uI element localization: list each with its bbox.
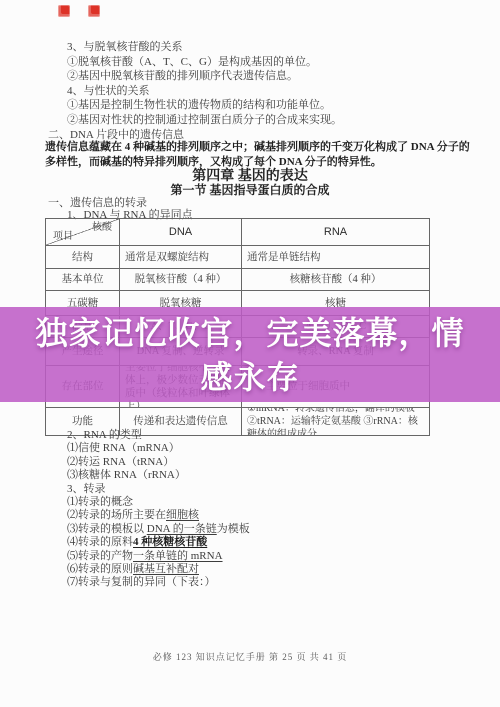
page-footer: 必修 123 知识点记忆手册 第 25 页 共 41 页 bbox=[0, 650, 500, 663]
column-header-rna: RNA bbox=[241, 219, 429, 245]
item-value: 碱基互补配对 bbox=[133, 563, 199, 576]
list-item: 3、转录 bbox=[67, 483, 250, 496]
rna-cell: 通常是单链结构 bbox=[241, 246, 429, 268]
watermark-banner: 独家记忆收官，完美落幕，情 感永存 bbox=[0, 307, 500, 402]
column-header-dna: DNA bbox=[119, 219, 241, 245]
row-label: 结构 bbox=[46, 246, 119, 268]
watermark-text-line2: 感永存 bbox=[200, 355, 299, 399]
rna-cell: 核糖核苷酸（4 种） bbox=[241, 269, 429, 290]
item-label: ⑷转录的原料 bbox=[67, 536, 133, 549]
list-text: 3、转录 bbox=[67, 483, 106, 496]
text-line: 3、与脱氧核苷酸的关系 bbox=[67, 40, 342, 55]
list-text: ⑵转运 RNA（tRNA） bbox=[67, 456, 174, 469]
list-text: ⑺转录与复制的异同（下表：） bbox=[67, 576, 216, 589]
text-line: 4、与性状的关系 bbox=[67, 84, 342, 99]
list-item: ⑵转录的场所 主要在细胞核 bbox=[67, 509, 250, 522]
item-value: 一条单链的 mRNA bbox=[133, 550, 223, 563]
dna-cell: 通常是双螺旋结构 bbox=[119, 246, 241, 268]
list-item: ⑹转录的原则 碱基互补配对 bbox=[67, 563, 250, 576]
text-line: ①基因是控制生物性状的遗传物质的结构和功能单位。 bbox=[67, 98, 342, 113]
list-item: ⑶转录的模板 以 DNA 的一条链为模板 bbox=[67, 523, 250, 536]
table-row: 基本单位 脱氧核苷酸（4 种） 核糖核苷酸（4 种） bbox=[46, 268, 429, 290]
watermark-text-line1: 独家记忆收官，完美落幕，情 bbox=[35, 311, 464, 355]
list-item: ⑶核糖体 RNA（rRNA） bbox=[67, 469, 250, 482]
text-line: 遗传信息蕴藏在 4 种碱基的排列顺序之中；碱基排列顺序的千变万化构成了 DNA … bbox=[45, 140, 470, 155]
rna-transcription-list: 2、RNA 的类型 ⑴信使 RNA（mRNA） ⑵转运 RNA（tRNA） ⑶核… bbox=[67, 429, 250, 590]
corner-label-item: 项目 bbox=[53, 230, 73, 243]
corner-label-nucleic-acid: 核酸 bbox=[92, 221, 112, 234]
list-text: ⑴信使 RNA（mRNA） bbox=[67, 442, 180, 455]
list-item: ⑴转录的概念 bbox=[67, 496, 250, 509]
text-line: ①脱氧核苷酸（A、T、C、G）是构成基因的单位。 bbox=[67, 55, 342, 70]
rna-cell: ①mRNA：转录遗传信息，翻译的模板 ②tRNA：运输特定氨基酸 ③rRNA：核… bbox=[241, 408, 429, 435]
red-stamp-icon bbox=[58, 5, 70, 17]
item-value: 4 种核糖核苷酸 bbox=[133, 536, 207, 549]
list-text: ⑶核糖体 RNA（rRNA） bbox=[67, 469, 186, 482]
item-label: ⑶转录的模板 bbox=[67, 523, 133, 536]
item-value: 以 DNA 的一条链为模板 bbox=[133, 523, 250, 536]
list-text: ⑴转录的概念 bbox=[67, 496, 133, 509]
table-corner-cell: 核酸 项目 bbox=[46, 219, 119, 245]
table-header-row: 核酸 项目 DNA RNA bbox=[46, 219, 429, 245]
document-page: 3、与脱氧核苷酸的关系 ①脱氧核苷酸（A、T、C、G）是构成基因的单位。 ②基因… bbox=[0, 0, 500, 707]
list-item: 2、RNA 的类型 bbox=[67, 429, 250, 442]
list-item: ⑷转录的原料 4 种核糖核苷酸 bbox=[67, 536, 250, 549]
item-value: 主要在细胞核 bbox=[133, 509, 199, 522]
list-item: ⑺转录与复制的异同（下表：） bbox=[67, 576, 250, 589]
item-label: ⑸转录的产物 bbox=[67, 550, 133, 563]
text-line: ②基因中脱氧核苷酸的排列顺序代表遗传信息。 bbox=[67, 69, 342, 84]
gene-relations-list: 3、与脱氧核苷酸的关系 ①脱氧核苷酸（A、T、C、G）是构成基因的单位。 ②基因… bbox=[67, 40, 342, 128]
row-label: 基本单位 bbox=[46, 269, 119, 290]
list-item: ⑸转录的产物 一条单链的 mRNA bbox=[67, 550, 250, 563]
list-text: 2、RNA 的类型 bbox=[67, 429, 142, 442]
list-item: ⑴信使 RNA（mRNA） bbox=[67, 442, 250, 455]
table-row: 结构 通常是双螺旋结构 通常是单链结构 bbox=[46, 245, 429, 268]
item-label: ⑹转录的原则 bbox=[67, 563, 133, 576]
dna-cell: 脱氧核苷酸（4 种） bbox=[119, 269, 241, 290]
item-label: ⑵转录的场所 bbox=[67, 509, 133, 522]
red-stamp-icon bbox=[88, 5, 100, 17]
list-item: ⑵转运 RNA（tRNA） bbox=[67, 456, 250, 469]
